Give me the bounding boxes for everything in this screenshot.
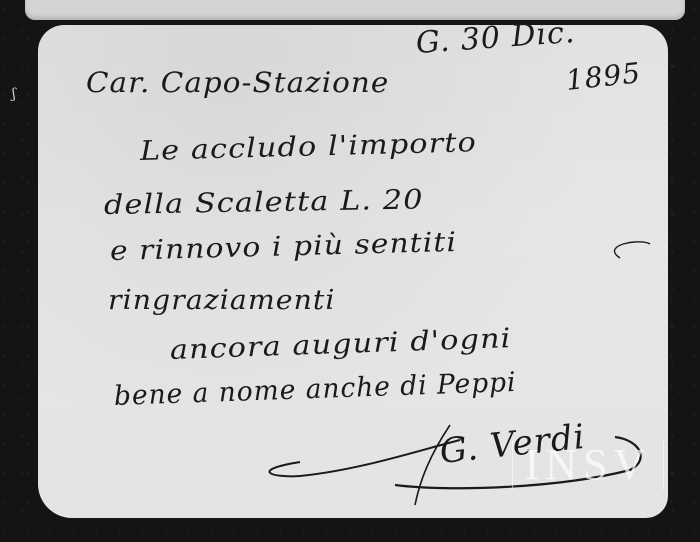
insv-watermark: INSV [512,440,664,490]
film-scratch-mark: ʃ [12,86,16,102]
salutation: Car. Capo-Stazione [86,66,389,99]
body-line-2: della Scaletta L. 20 [104,184,424,221]
body-line-4: ringraziamenti [108,285,335,316]
upper-card-edge [25,0,685,20]
